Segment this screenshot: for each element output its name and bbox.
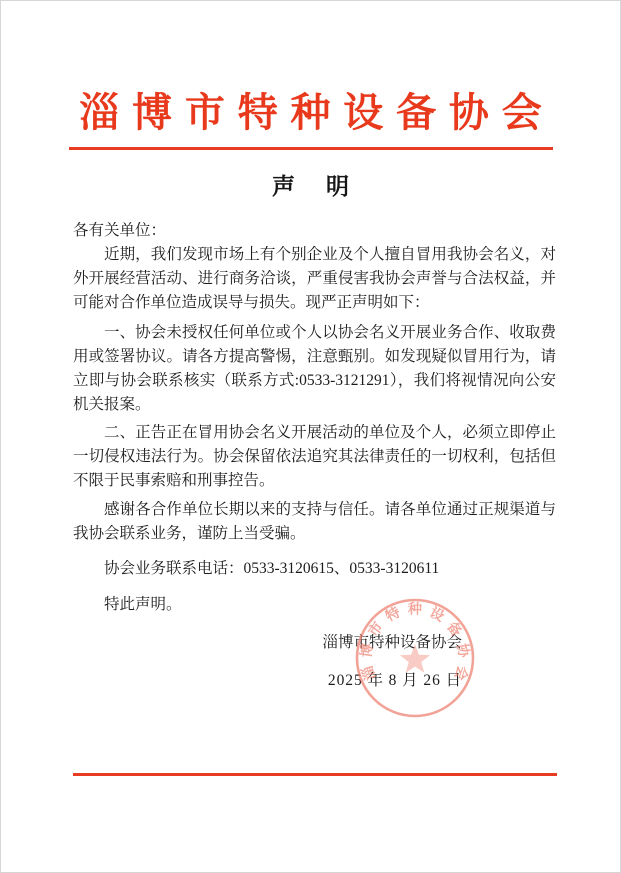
document-page: 淄博市特种设备协会 声 明 各有关单位： 近期，我们发现市场上有个别企业及个人擅…	[0, 0, 621, 873]
header-rule	[69, 147, 553, 150]
paragraph-closing: 特此声明。	[73, 593, 556, 617]
paragraph-thanks: 感谢各合作单位长期以来的支持与信任。请各单位通过正规渠道与我协会联系业务，谨防上…	[73, 498, 556, 546]
footer-rule	[73, 773, 557, 776]
signature-block: 淄博市特种设备协会 2025 年 8 月 26 日	[1, 631, 620, 693]
paragraph-contact-phones: 协会业务联系电话：0533-3120615、0533-3120611	[73, 557, 556, 581]
paragraph-item-1: 一、协会未授权任何单位或个人以协会名义开展业务合作、收取费用或签署协议。请各方提…	[73, 321, 556, 417]
signature-organization: 淄博市特种设备协会	[73, 631, 462, 655]
document-body: 各有关单位： 近期，我们发现市场上有个别企业及个人擅自冒用我协会名义，对外开展经…	[1, 219, 620, 617]
paragraph-intro: 近期，我们发现市场上有个别企业及个人擅自冒用我协会名义，对外开展经营活动、进行商…	[73, 243, 556, 315]
document-title: 声 明	[1, 172, 620, 202]
paragraph-item-2: 二、正告正在冒用协会名义开展活动的单位及个人，必须立即停止一切侵权违法行为。协会…	[73, 421, 556, 493]
letterhead-title: 淄博市特种设备协会	[1, 89, 620, 137]
signature-date: 2025 年 8 月 26 日	[73, 669, 462, 693]
salutation: 各有关单位：	[73, 219, 556, 243]
letterhead-header: 淄博市特种设备协会	[1, 89, 620, 150]
